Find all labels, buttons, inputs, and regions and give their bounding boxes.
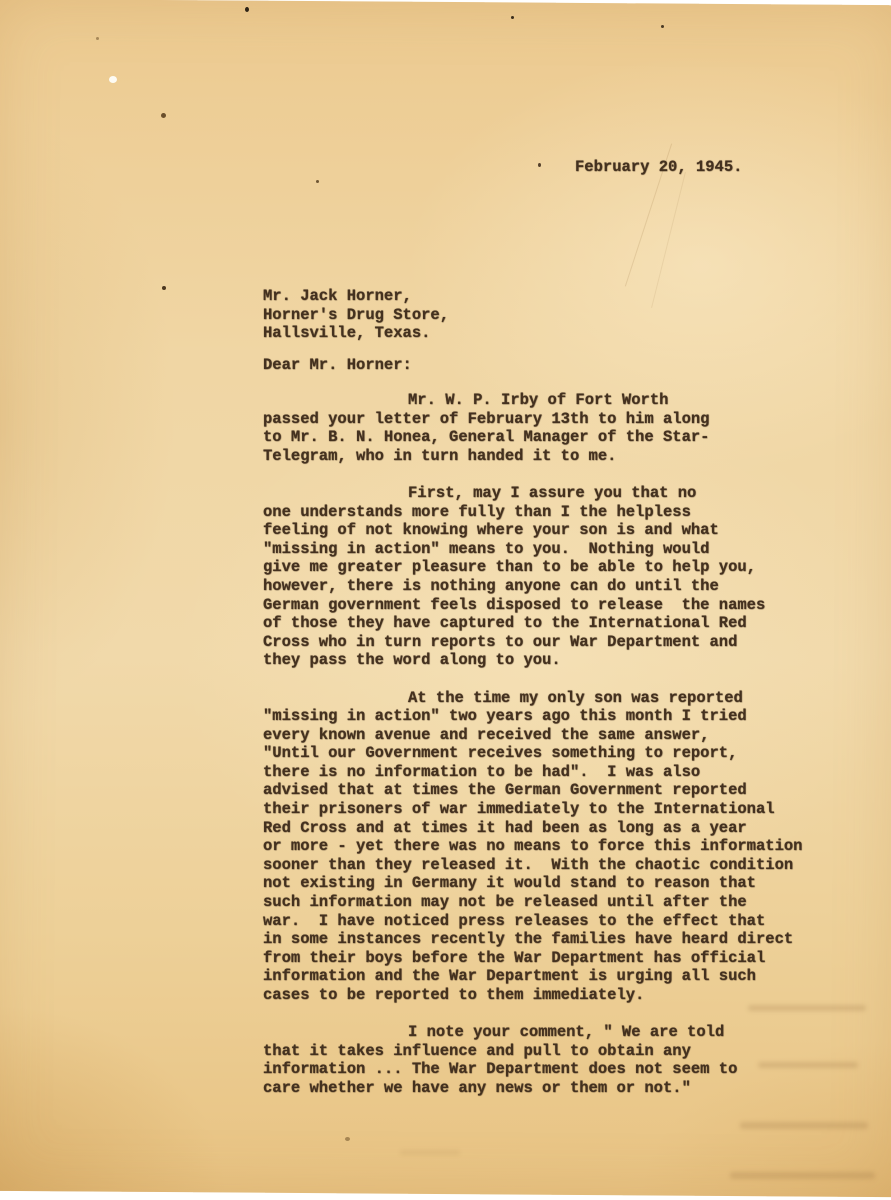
letter-paragraph: Mr. W. P. Irby of Fort Worthpassed your … [263,391,843,465]
letter-body: Mr. W. P. Irby of Fort Worthpassed your … [263,391,843,1116]
letter-line: they pass the word along to you. [263,651,843,670]
letter-line: or more - yet there was no means to forc… [263,837,843,856]
letter-line: Mr. W. P. Irby of Fort Worth [408,391,843,410]
letter-line: give me greater pleasure than to be able… [263,558,843,577]
letter-line: cases to be reported to them immediately… [263,986,843,1005]
letter-line: every known avenue and received the same… [263,726,843,745]
letter-line: that it takes influence and pull to obta… [263,1042,843,1061]
recipient-line: Hallsville, Texas. [263,324,449,343]
letter-line: not existing in Germany it would stand t… [263,874,843,893]
letter-line: to Mr. B. N. Honea, General Manager of t… [263,428,843,447]
letter-line: Cross who in turn reports to our War Dep… [263,633,843,652]
letter-line: Telegram, who in turn handed it to me. [263,447,843,466]
letter-line: feeling of not knowing where your son is… [263,521,843,540]
letter-line: "missing in action" means to you. Nothin… [263,540,843,559]
recipient-block: Mr. Jack Horner, Horner's Drug Store, Ha… [263,287,449,343]
letter-line: I note your comment, " We are told [408,1023,843,1042]
letter-line: At the time my only son was reported [408,689,843,708]
letter-line: advised that at times the German Governm… [263,781,843,800]
letter-paragraph: At the time my only son was reported"mis… [263,689,843,1005]
letter-paragraph: First, may I assure you that noone under… [263,484,843,670]
letter-line: of those they have captured to the Inter… [263,614,843,633]
letter-line: information and the War Department is ur… [263,967,843,986]
letter-date: February 20, 1945. [575,158,742,177]
letter-line: however, there is nothing anyone can do … [263,577,843,596]
letter-line: one understands more fully than I the he… [263,503,843,522]
letter-line: from their boys before the War Departmen… [263,949,843,968]
letter-line: war. I have noticed press releases to th… [263,912,843,931]
letter-line: "missing in action" two years ago this m… [263,707,843,726]
letter-line: their prisoners of war immediately to th… [263,800,843,819]
letter-line: in some instances recently the families … [263,930,843,949]
letter-line: care whether we have any news or them or… [263,1079,843,1098]
letter-line: such information may not be released unt… [263,893,843,912]
recipient-line: Mr. Jack Horner, [263,287,449,306]
letter: February 20, 1945. Mr. Jack Horner, Horn… [0,0,891,1200]
letter-line: sooner than they released it. With the c… [263,856,843,875]
letter-line: First, may I assure you that no [408,484,843,503]
salutation: Dear Mr. Horner: [263,356,412,375]
letter-line: information ... The War Department does … [263,1060,843,1079]
letter-line: "Until our Government receives something… [263,744,843,763]
letter-line: Red Cross and at times it had been as lo… [263,819,843,838]
letter-line: there is no information to be had". I wa… [263,763,843,782]
letter-paragraph: I note your comment, " We are toldthat i… [263,1023,843,1097]
recipient-line: Horner's Drug Store, [263,306,449,325]
letter-line: German government feels disposed to rele… [263,596,843,615]
letter-line: passed your letter of February 13th to h… [263,410,843,429]
